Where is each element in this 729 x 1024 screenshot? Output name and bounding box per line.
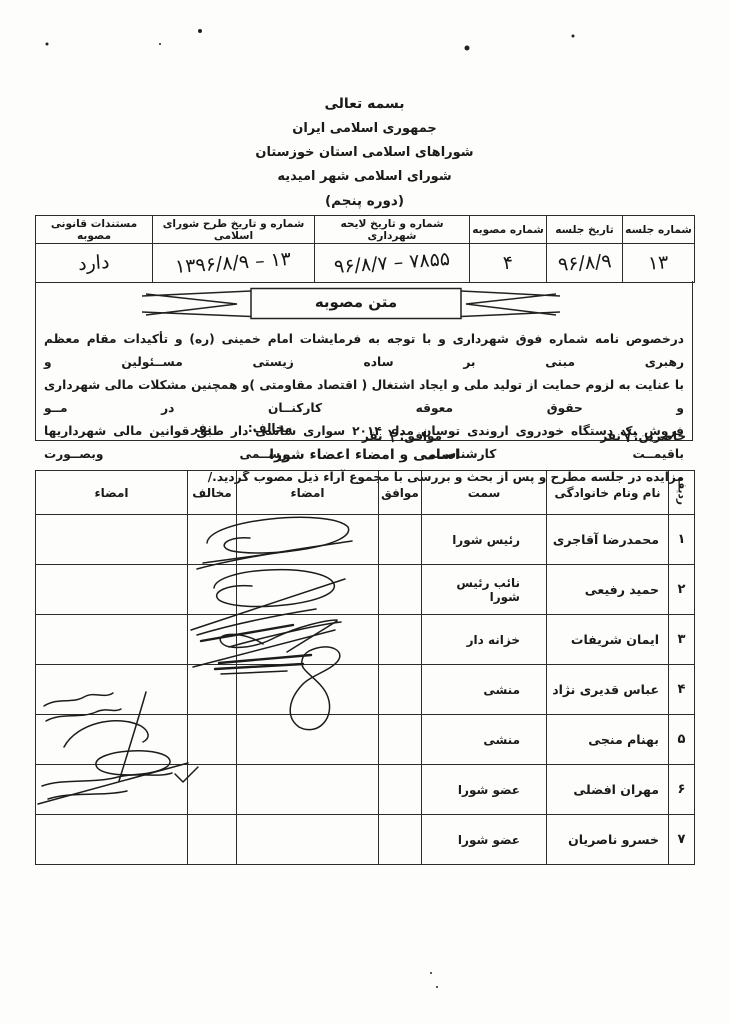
present-value-handwritten: ۷ — [620, 422, 634, 447]
agree-cell — [379, 715, 422, 765]
signature-cell — [237, 715, 379, 765]
oppose-cell — [188, 565, 237, 615]
handwritten-bill-ref: ۹۶/۸/۷ – ۷۸۵۵ — [333, 248, 450, 278]
member-name-cell: عباس قدیری نژاد — [547, 665, 669, 715]
agree-cell — [379, 615, 422, 665]
member-row: ۷ خسرو ناصریان عضو شورا — [36, 815, 695, 865]
scanned-resolution-document: بسمه تعالی جمهوری اسلامی ایران شوراهای ا… — [0, 0, 729, 1024]
attendance-present: حاضرین:۷نفر — [600, 421, 686, 445]
city-council-line: شورای اسلامی شهر امیدیه — [0, 169, 729, 184]
row-number-cell: ۷ — [669, 815, 695, 865]
signature-cell — [237, 815, 379, 865]
position-header: سمت — [422, 471, 547, 515]
oppose-cell — [188, 715, 237, 765]
session-date-value: ۹۶/۸/۹ — [547, 244, 623, 283]
oppose-cell — [188, 665, 237, 715]
council-plan-value: ۱۳۹۶/۸/۹ – ۱۳ — [153, 244, 315, 283]
letterhead: بسمه تعالی جمهوری اسلامی ایران شوراهای ا… — [0, 96, 729, 218]
resolution-text-line: با عنایت به لزوم حمایت از تولید ملی و ای… — [44, 374, 684, 420]
meta-table: شماره جلسه تاریخ جلسه شماره مصوبه شماره … — [35, 215, 695, 283]
bismillah-line: بسمه تعالی — [0, 96, 729, 112]
member-position-cell: رئیس شورا — [422, 515, 547, 565]
oppose-cell — [188, 765, 237, 815]
agree-cell — [379, 515, 422, 565]
row-number-cell: ۴ — [669, 665, 695, 715]
handwritten-plan-ref: ۱۳۹۶/۸/۹ – ۱۳ — [175, 248, 292, 278]
signature2-cell — [36, 615, 188, 665]
term-line: (دوره پنجم) — [0, 193, 729, 209]
agree-value-handwritten: ۴ — [386, 422, 400, 447]
member-name-cell: ایمان شریفات — [547, 615, 669, 665]
row-number-cell: ۲ — [669, 565, 695, 615]
member-position-cell: منشی — [422, 715, 547, 765]
resolution-banner: متن مصوبه — [136, 287, 566, 320]
present-unit: نفر — [600, 429, 621, 443]
signature2-cell — [36, 715, 188, 765]
legal-docs-header: مستندات قانونی مصوبه — [36, 216, 153, 244]
attendance-line: حاضرین:۷نفر موافق:۴ نفر مخالف:نفر — [36, 421, 692, 443]
handwritten-legal-docs: دارد — [78, 251, 111, 275]
member-name-cell: بهنام منجی — [547, 715, 669, 765]
country-line: جمهوری اسلامی ایران — [0, 121, 729, 136]
member-row: ۳ ایمان شریفات خزانه دار — [36, 615, 695, 665]
resolution-text: درخصوص نامه شماره فوق شهرداری و با توجه … — [44, 328, 684, 489]
meta-value-row: ۱۳ ۹۶/۸/۹ ۴ ۹۶/۸/۷ – ۷۸۵۵ ۱۳۹۶/۸/۹ – ۱۳ … — [36, 244, 695, 283]
resolution-number-value: ۴ — [470, 244, 547, 283]
oppose-label: مخالف: — [248, 421, 292, 435]
handwritten-resolution-number: ۴ — [502, 252, 514, 275]
member-name-cell: حمید رفیعی — [547, 565, 669, 615]
session-number-value: ۱۳ — [623, 244, 695, 283]
signature-cell — [237, 615, 379, 665]
member-row: ۲ حمید رفیعی نائب رئیس شورا — [36, 565, 695, 615]
oppose-cell — [188, 515, 237, 565]
row-number-cell: ۳ — [669, 615, 695, 665]
members-table: ردیف نام ونام خانوادگی سمت موافق امضاء م… — [35, 470, 695, 865]
member-name-cell: محمدرضا آقاجری — [547, 515, 669, 565]
name-header: نام ونام خانوادگی — [547, 471, 669, 515]
member-row: ۱ محمدرضا آقاجری رئیس شورا — [36, 515, 695, 565]
member-row: ۴ عباس قدیری نژاد منشی — [36, 665, 695, 715]
present-label: حاضرین: — [634, 429, 686, 443]
agree-cell — [379, 765, 422, 815]
resolution-text-line: درخصوص نامه شماره فوق شهرداری و با توجه … — [44, 328, 684, 374]
council-plan-header: شماره و تاریخ طرح شورای اسلامی — [153, 216, 315, 244]
attendance-oppose: مخالف:نفر — [191, 421, 292, 435]
resolution-number-header: شماره مصوبه — [470, 216, 547, 244]
oppose-cell — [188, 615, 237, 665]
member-position-cell: منشی — [422, 665, 547, 715]
signature2-cell — [36, 565, 188, 615]
signature2-cell — [36, 515, 188, 565]
members-header-row: ردیف نام ونام خانوادگی سمت موافق امضاء م… — [36, 471, 695, 515]
agree-cell — [379, 815, 422, 865]
legal-docs-value: دارد — [36, 244, 153, 283]
member-position-cell: عضو شورا — [422, 815, 547, 865]
member-position-cell: نائب رئیس شورا — [422, 565, 547, 615]
member-name-cell: مهران افضلی — [547, 765, 669, 815]
row-number-header: ردیف — [669, 471, 695, 515]
member-row: ۶ مهران افضلی عضو شورا — [36, 765, 695, 815]
row-number-cell: ۵ — [669, 715, 695, 765]
resolution-box: متن مصوبه درخصوص نامه شماره فوق شهرداری … — [35, 281, 693, 441]
signature2-header: امضاء — [36, 471, 188, 515]
signature-header: امضاء — [237, 471, 379, 515]
oppose-unit: نفر — [191, 421, 212, 435]
oppose-cell — [188, 815, 237, 865]
member-name-cell: خسرو ناصریان — [547, 815, 669, 865]
attendance-agree: موافق:۴ نفر — [362, 421, 442, 445]
member-position-cell: عضو شورا — [422, 765, 547, 815]
province-councils-line: شوراهای اسلامی استان خوزستان — [0, 145, 729, 160]
session-date-header: تاریخ جلسه — [547, 216, 623, 244]
signature2-cell — [36, 765, 188, 815]
banner-title: متن مصوبه — [251, 293, 461, 311]
agree-header: موافق — [379, 471, 422, 515]
signature-cell — [237, 665, 379, 715]
municipality-bill-header: شماره و تاریخ لایحه شهرداری — [315, 216, 470, 244]
signature-cell — [237, 765, 379, 815]
signature2-cell — [36, 665, 188, 715]
session-number-header: شماره جلسه — [623, 216, 695, 244]
municipality-bill-value: ۹۶/۸/۷ – ۷۸۵۵ — [315, 244, 470, 283]
row-number-cell: ۱ — [669, 515, 695, 565]
handwritten-session-date: ۹۶/۸/۹ — [557, 250, 612, 276]
member-row: ۵ بهنام منجی منشی — [36, 715, 695, 765]
members-section-title: اسامی و امضاء اعضاء شورا — [0, 447, 729, 463]
agree-cell — [379, 665, 422, 715]
signature-cell — [237, 565, 379, 615]
handwritten-session-number: ۱۳ — [648, 251, 670, 274]
signature-cell — [237, 515, 379, 565]
agree-cell — [379, 565, 422, 615]
agree-unit: نفر — [362, 429, 383, 443]
meta-header-row: شماره جلسه تاریخ جلسه شماره مصوبه شماره … — [36, 216, 695, 244]
agree-label: موافق: — [399, 429, 442, 443]
row-number-cell: ۶ — [669, 765, 695, 815]
signature2-cell — [36, 815, 188, 865]
member-position-cell: خزانه دار — [422, 615, 547, 665]
oppose-header: مخالف — [188, 471, 237, 515]
